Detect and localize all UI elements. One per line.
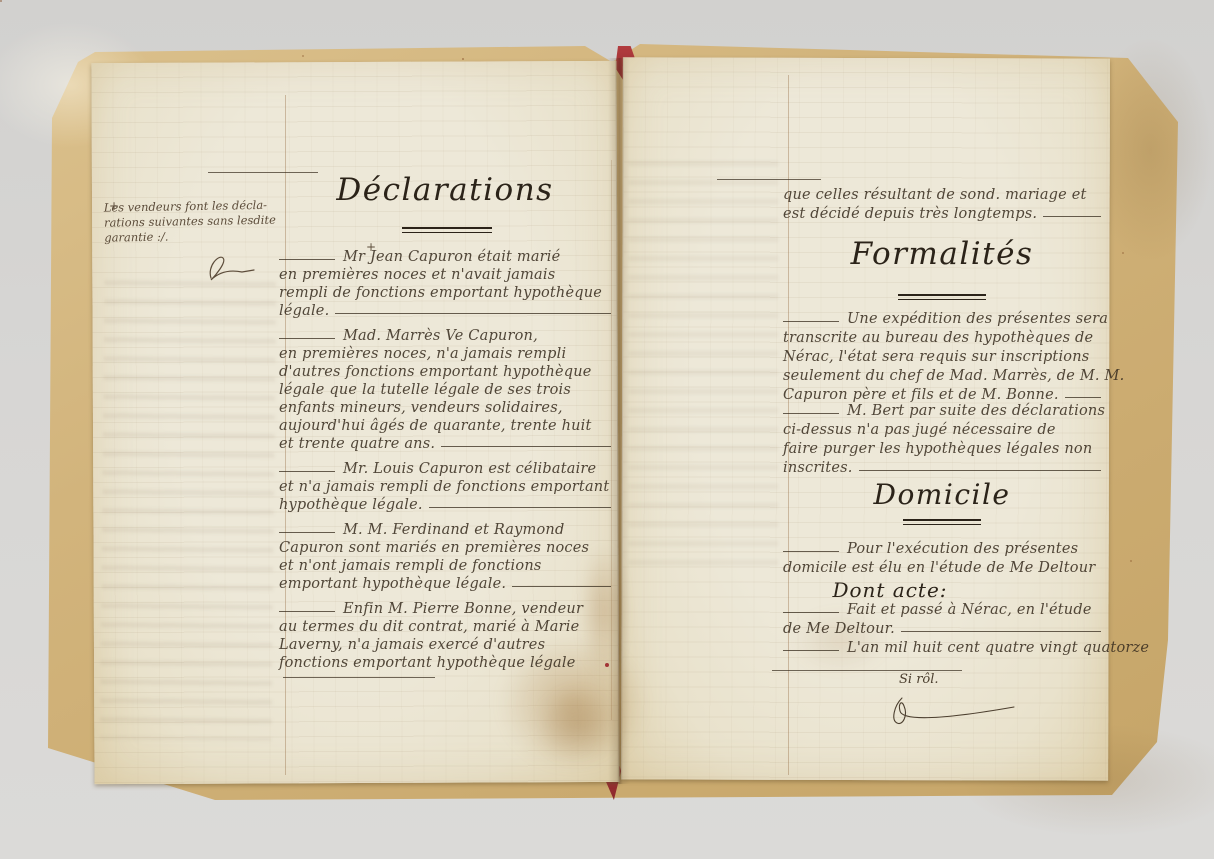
foxing-spots	[0, 0, 2, 2]
paragraph-continuation: que celles résultant de sond. mariage et…	[783, 186, 1101, 224]
handwritten-line: faire purger les hypothèques légales non	[783, 440, 1101, 459]
heading-declarations: Déclarations	[279, 172, 611, 208]
left-page-right-rule	[611, 160, 612, 720]
handwritten-line: M. Bert par suite des déclarations	[783, 402, 1101, 421]
closing-rule-left-page	[283, 677, 435, 678]
handwritten-line: rempli de fonctions emportant hypothèque	[279, 284, 611, 302]
handwritten-line: Capuron sont mariés en premières noces	[279, 539, 611, 557]
handwritten-line: Fait et passé à Nérac, en l'étude	[783, 601, 1101, 620]
handwritten-line: et n'ont jamais rempli de fonctions	[279, 557, 611, 575]
handwritten-line: ci-dessus n'a pas jugé nécessaire de	[783, 421, 1101, 440]
handwritten-line: hypothèque légale.	[279, 496, 611, 514]
handwritten-line: Enfin M. Pierre Bonne, vendeur	[279, 600, 611, 618]
handwritten-line: M. M. Ferdinand et Raymond	[279, 521, 611, 539]
paragraph-jean-capuron: Mr Jean Capuron était mariéen premières …	[279, 248, 611, 320]
handwritten-line: enfants mineurs, vendeurs solidaires,	[279, 399, 611, 417]
handwritten-line: légale.	[279, 302, 611, 320]
handwritten-line: fonctions emportant hypothèque légale	[279, 654, 611, 672]
handwritten-line: Mad. Marrès Ve Capuron,	[279, 327, 611, 345]
handwritten-line: de Me Deltour.	[783, 620, 1101, 639]
heading-domicile-underline	[903, 519, 981, 525]
heading-formalites-underline	[898, 294, 986, 300]
handwritten-line: Mr Jean Capuron était marié	[279, 248, 611, 266]
paragraph-bert: M. Bert par suite des déclarationsci-des…	[783, 402, 1101, 478]
paragraph-veuve-capuron: Mad. Marrès Ve Capuron,en premières noce…	[279, 327, 611, 453]
handwritten-line: en premières noces et n'avait jamais	[279, 266, 611, 284]
handwritten-line: L'an mil huit cent quatre vingt quatorze	[783, 639, 1101, 658]
handwritten-line: en premières noces, n'a jamais rempli	[279, 345, 611, 363]
paragraph-pierre-bonne: Enfin M. Pierre Bonne, vendeurau termes …	[279, 600, 611, 672]
photo-backdrop: + + Les vendeurs font les décla-rations …	[0, 0, 1214, 859]
handwritten-line: Laverny, n'a jamais exercé d'autres	[279, 636, 611, 654]
handwritten-line: seulement du chef de Mad. Marrès, de M. …	[783, 367, 1101, 386]
handwritten-line: aujourd'hui âgés de quarante, trente hui…	[279, 417, 611, 435]
handwritten-line: Nérac, l'état sera requis sur inscriptio…	[783, 348, 1101, 367]
paragraph-louis-capuron: Mr. Louis Capuron est célibataireet n'a …	[279, 460, 611, 514]
heading-declarations-underline	[402, 227, 492, 233]
handwritten-line: domicile est élu en l'étude de Me Deltou…	[783, 559, 1101, 578]
handwritten-line: Mr. Louis Capuron est célibataire	[279, 460, 611, 478]
heading-formalites: Formalités	[783, 236, 1101, 272]
handwritten-line: d'autres fonctions emportant hypothèque	[279, 363, 611, 381]
handwritten-line: inscrites.	[783, 459, 1101, 478]
margin-annotation: Les vendeurs font les décla-rations suiv…	[104, 197, 297, 245]
paragraph-domicile: Pour l'exécution des présentesdomicile e…	[783, 540, 1101, 578]
handwritten-line: et n'a jamais rempli de fonctions emport…	[279, 478, 611, 496]
handwritten-line: transcrite au bureau des hypothèques de	[783, 329, 1101, 348]
handwritten-line: au termes du dit contrat, marié à Marie	[279, 618, 611, 636]
notary-paraph-flourish-icon	[872, 690, 1024, 732]
handwritten-line: et trente quatre ans.	[279, 435, 611, 453]
handwritten-line: Pour l'exécution des présentes	[783, 540, 1101, 559]
paragraph-fait-passe: Fait et passé à Nérac, en l'étudede Me D…	[783, 601, 1101, 639]
handwritten-line: emportant hypothèque légale.	[279, 575, 611, 593]
roll-count-note: Si rôl.	[899, 672, 939, 687]
closing-rule-right-page	[772, 670, 962, 671]
left-page-body: Mr Jean Capuron était mariéen premières …	[279, 248, 611, 679]
paragraph-an-1894: L'an mil huit cent quatre vingt quatorze	[783, 639, 1101, 658]
heading-domicile: Domicile	[783, 478, 1101, 511]
handwritten-line: est décidé depuis très longtemps.	[783, 205, 1101, 224]
handwritten-line: légale que la tutelle légale de ses troi…	[279, 381, 611, 399]
paragraph-expedition: Une expédition des présentes seratranscr…	[783, 310, 1101, 405]
margin-paraph-flourish-icon	[196, 250, 268, 284]
handwritten-line: que celles résultant de sond. mariage et	[783, 186, 1101, 205]
handwritten-line: Une expédition des présentes sera	[783, 310, 1101, 329]
margin-rule-mark-right	[717, 179, 821, 180]
subheading-dont-acte: Dont acte:	[790, 578, 990, 602]
paragraph-ferdinand-raymond: M. M. Ferdinand et RaymondCapuron sont m…	[279, 521, 611, 593]
